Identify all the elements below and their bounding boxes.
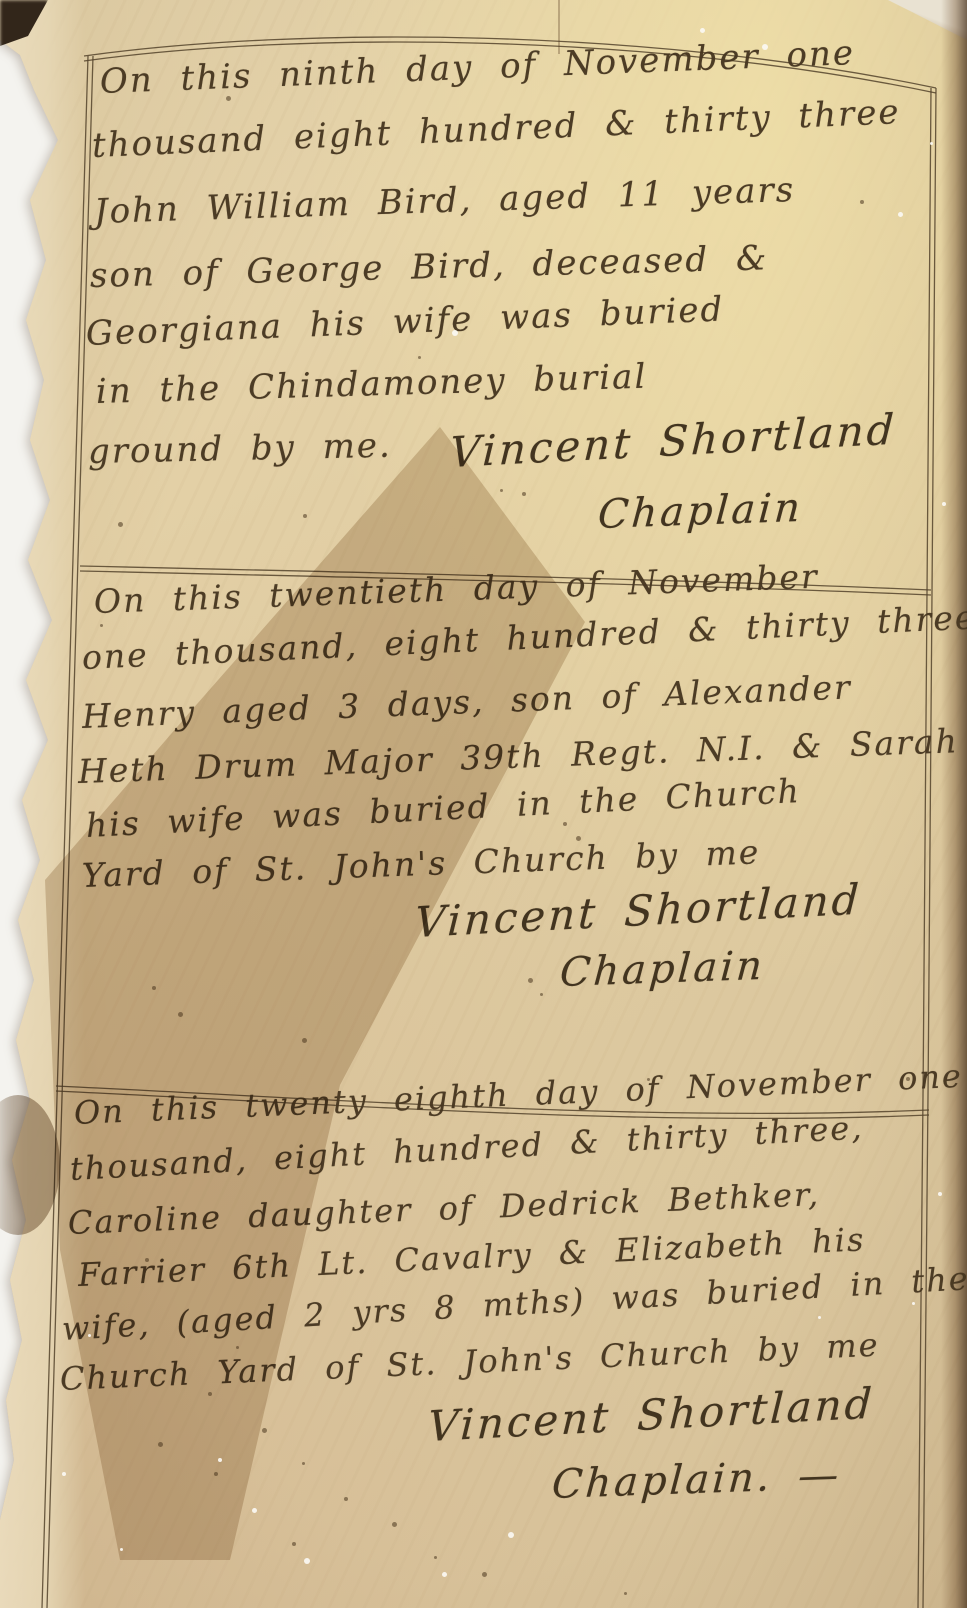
paper-speck — [930, 142, 933, 145]
page-right-edge-shadow — [941, 0, 967, 1608]
paper-speck — [762, 44, 768, 50]
foxing-dot — [214, 1472, 218, 1476]
paper-speck — [942, 502, 946, 506]
foxing-dot — [236, 1346, 239, 1349]
foxing-dot — [860, 200, 864, 204]
foxing-dot — [522, 492, 526, 496]
foxing-dot — [302, 1462, 305, 1465]
manuscript-line: ground by me. — [88, 426, 393, 472]
chaplain-title: Chaplain — [558, 943, 766, 996]
chaplain-title: Chaplain — [596, 485, 804, 538]
foxing-dot — [302, 1038, 307, 1043]
foxing-dot — [500, 489, 503, 492]
foxing-dot — [262, 1428, 267, 1433]
paper-speck — [88, 1334, 91, 1337]
photo-background: On this ninth day of November one thousa… — [0, 0, 967, 1608]
foxing-dot — [125, 1216, 128, 1219]
foxing-dot — [624, 1592, 627, 1595]
foxing-dot — [152, 986, 156, 990]
paper-speck — [120, 1548, 123, 1551]
foxing-dot — [576, 836, 581, 841]
paper-speck — [304, 1558, 310, 1564]
paper-speck — [938, 1192, 942, 1196]
foxing-dot — [528, 978, 533, 983]
foxing-dot — [434, 1556, 437, 1559]
foxing-dot — [906, 1077, 910, 1081]
paper-speck — [218, 1458, 222, 1462]
foxing-dot — [292, 1542, 296, 1546]
foxing-dot — [303, 514, 307, 518]
foxing-dot — [418, 356, 421, 359]
paper-speck — [62, 1472, 66, 1476]
foxing-dot — [100, 624, 103, 627]
paper-speck — [898, 212, 903, 217]
foxing-dot — [842, 438, 845, 441]
paper-speck — [700, 28, 705, 33]
paper-speck — [452, 330, 458, 336]
paper-speck — [442, 1572, 447, 1577]
foxing-dot — [344, 1497, 348, 1501]
foxing-dot — [118, 522, 123, 527]
foxing-dot — [482, 1572, 487, 1577]
paper-speck — [252, 1508, 257, 1513]
paper-speck — [508, 1532, 514, 1538]
foxing-dot — [563, 822, 567, 826]
foxing-dot — [145, 1258, 149, 1262]
foxing-dot — [540, 993, 543, 996]
foxing-dot — [647, 1078, 650, 1081]
foxing-dot — [226, 96, 231, 101]
paper-speck — [912, 1302, 915, 1305]
foxing-dot — [178, 1012, 183, 1017]
foxing-dot — [208, 1392, 212, 1396]
foxing-dot — [158, 1442, 163, 1447]
foxing-dot — [392, 1522, 397, 1527]
paper-speck — [818, 1316, 821, 1319]
